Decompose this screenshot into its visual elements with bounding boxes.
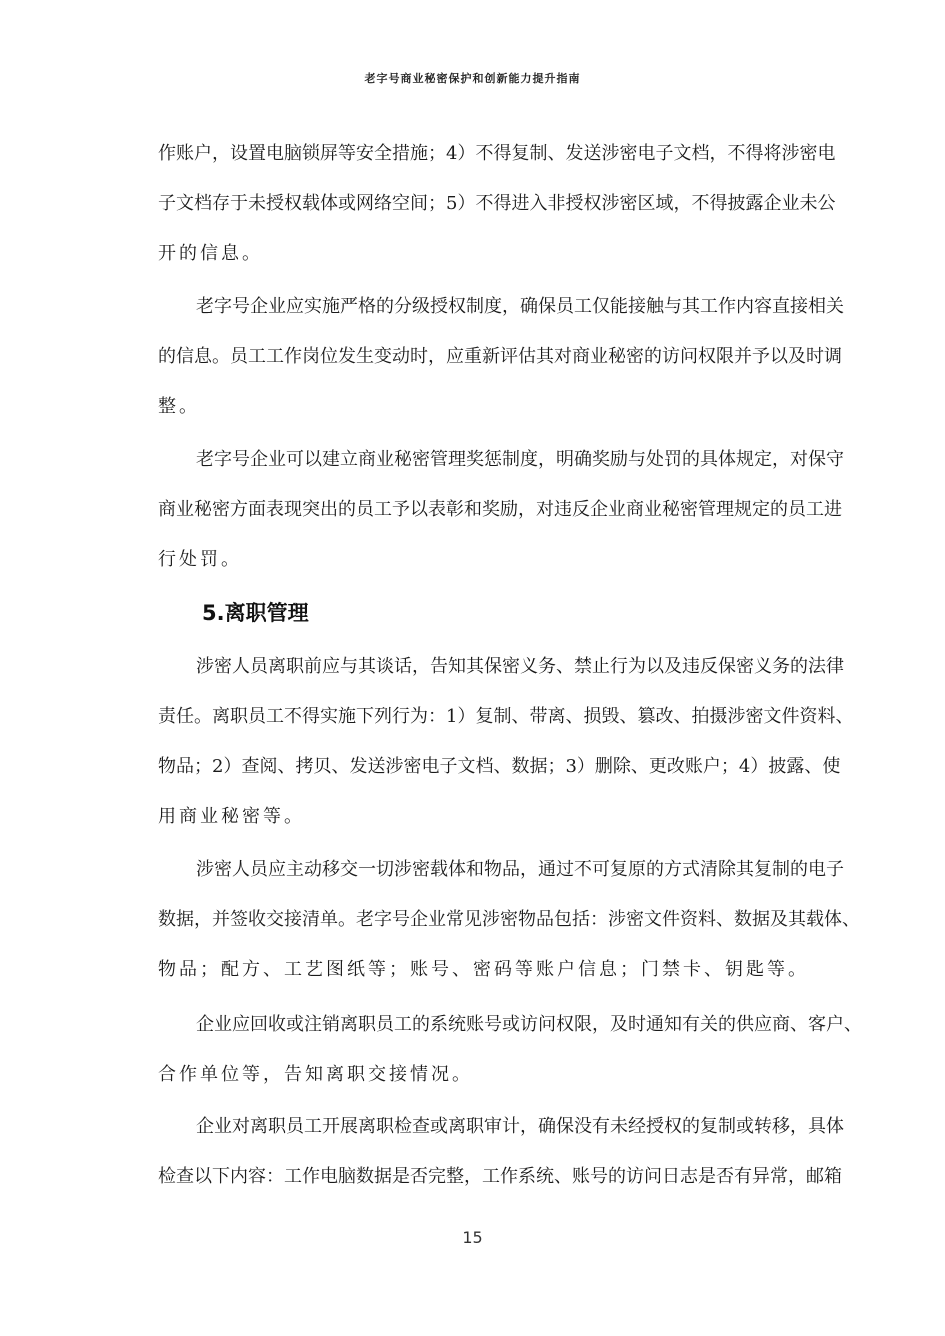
paragraph-line: 检查以下内容：工作电脑数据是否完整，工作系统、账号的访问日志是否有异常，邮箱 bbox=[158, 1165, 816, 1189]
paragraph-line: 用商业秘密等。 bbox=[158, 805, 816, 829]
paragraph-line: 开的信息。 bbox=[158, 242, 816, 266]
page-header: 老字号商业秘密保护和创新能力提升指南 bbox=[0, 70, 945, 86]
paragraph-line: 数据，并签收交接清单。老字号企业常见涉密物品包括：涉密文件资料、数据及其载体、 bbox=[158, 908, 816, 932]
paragraph-line: 作账户，设置电脑锁屏等安全措施；4）不得复制、发送涉密电子文档，不得将涉密电 bbox=[158, 142, 816, 166]
paragraph-line: 整。 bbox=[158, 395, 816, 419]
page-number: 15 bbox=[0, 1228, 945, 1247]
paragraph-line: 老字号企业可以建立商业秘密管理奖惩制度，明确奖励与处罚的具体规定，对保守 bbox=[196, 448, 816, 472]
paragraph-line: 商业秘密方面表现突出的员工予以表彰和奖励，对违反企业商业秘密管理规定的员工进 bbox=[158, 498, 816, 522]
paragraph-line: 物品；2）查阅、拷贝、发送涉密电子文档、数据；3）删除、更改账户；4）披露、使 bbox=[158, 755, 816, 779]
paragraph-line: 老字号企业应实施严格的分级授权制度，确保员工仅能接触与其工作内容直接相关 bbox=[196, 295, 816, 319]
paragraph-line: 物品；配方、工艺图纸等；账号、密码等账户信息；门禁卡、钥匙等。 bbox=[158, 958, 816, 982]
paragraph-line: 合作单位等，告知离职交接情况。 bbox=[158, 1063, 816, 1087]
paragraph-line: 涉密人员离职前应与其谈话，告知其保密义务、禁止行为以及违反保密义务的法律 bbox=[196, 655, 816, 679]
paragraph-line: 涉密人员应主动移交一切涉密载体和物品，通过不可复原的方式清除其复制的电子 bbox=[196, 858, 816, 882]
paragraph-line: 行处罚。 bbox=[158, 548, 816, 572]
paragraph-line: 企业对离职员工开展离职检查或离职审计，确保没有未经授权的复制或转移，具体 bbox=[196, 1115, 816, 1139]
paragraph-line: 企业应回收或注销离职员工的系统账号或访问权限，及时通知有关的供应商、客户、 bbox=[196, 1013, 816, 1037]
paragraph-line: 责任。离职员工不得实施下列行为：1）复制、带离、损毁、篡改、拍摄涉密文件资料、 bbox=[158, 705, 816, 729]
paragraph-line: 的信息。员工工作岗位发生变动时，应重新评估其对商业秘密的访问权限并予以及时调 bbox=[158, 345, 816, 369]
paragraph-line: 子文档存于未授权载体或网络空间；5）不得进入非授权涉密区域，不得披露企业未公 bbox=[158, 192, 816, 216]
section-heading: 5.离职管理 bbox=[202, 598, 309, 628]
